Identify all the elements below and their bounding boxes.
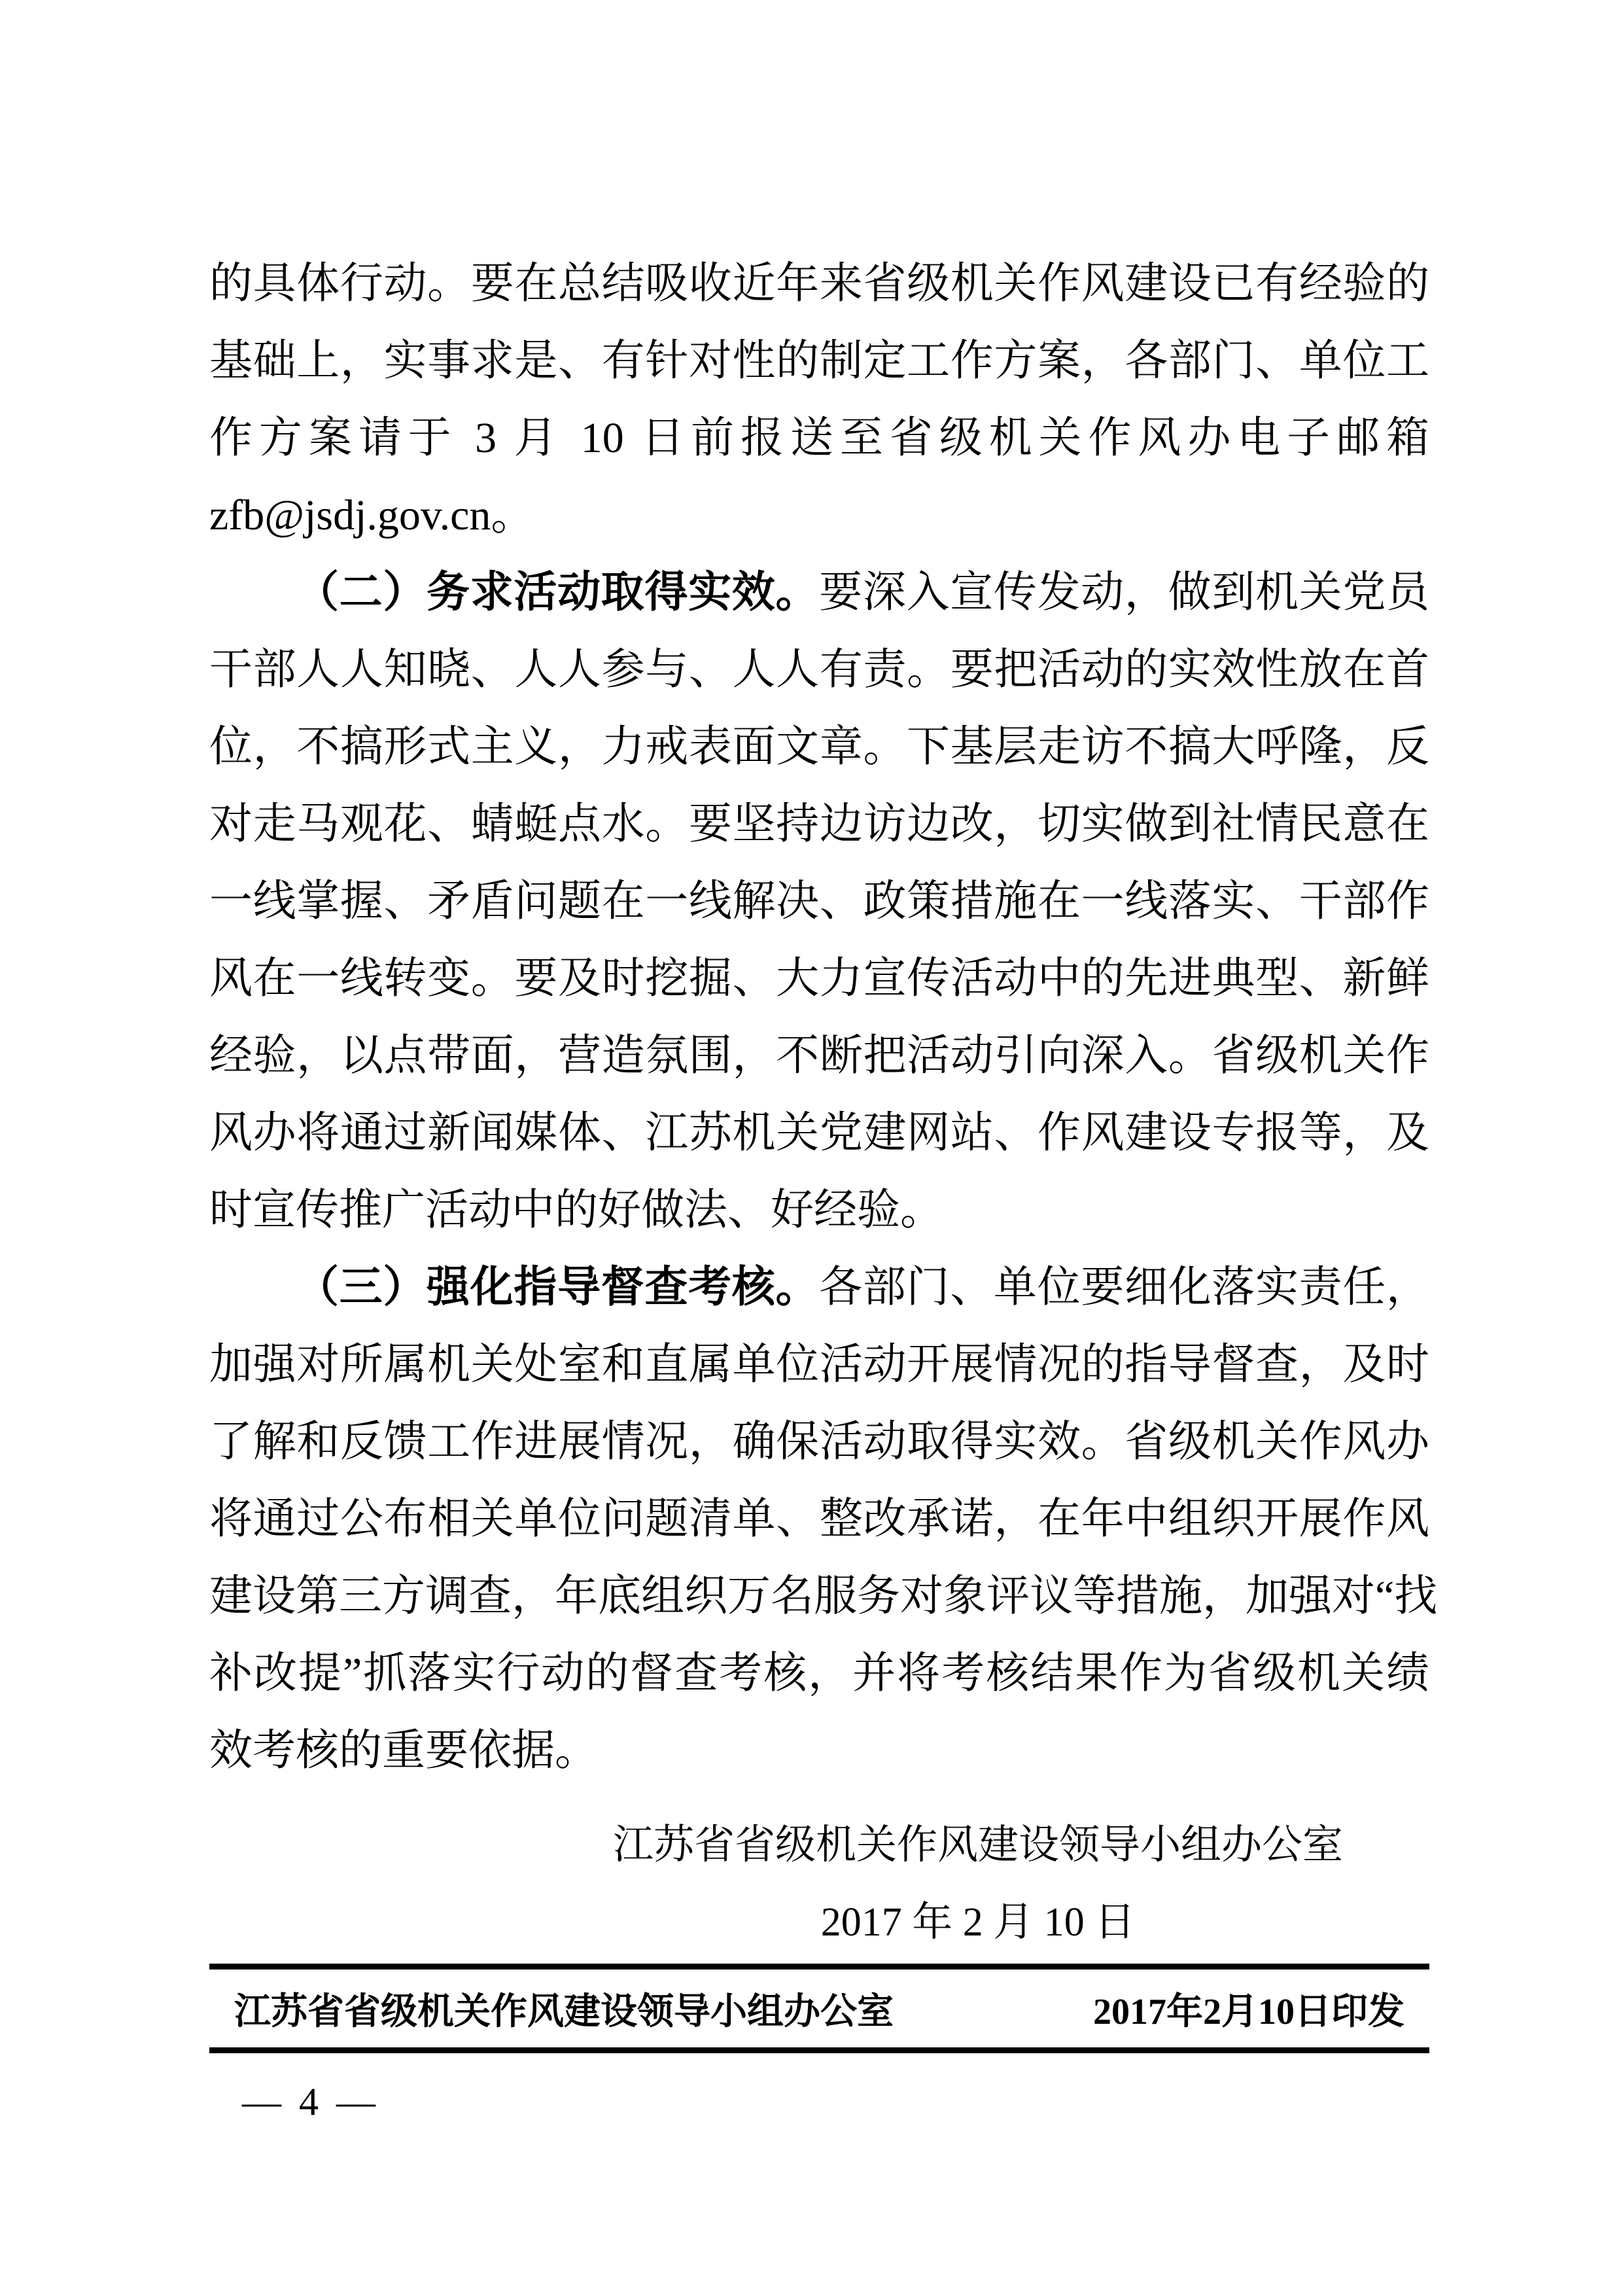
body-line-text: 各部门、单位要细化落实责任， [819,1263,1429,1311]
body-line: 了解和反馈工作进展情况，确保活动取得实效。省级机关作风办 [209,1404,1429,1481]
body-line: 基础上，实事求是、有针对性的制定工作方案，各部门、单位工 [209,323,1429,400]
body-line: （三）强化指导督查考核。各部门、单位要细化落实责任， [209,1249,1429,1326]
body-line: 对走马观花、蜻蜓点水。要坚持边访边改，切实做到社情民意在 [209,786,1429,863]
section-heading-3: （三）强化指导督查考核。 [296,1263,819,1311]
body-line: 经验，以点带面，营造氛围，不断把活动引向深入。省级机关作 [209,1017,1429,1095]
footer-issuer-bar: 江苏省省级机关作风建设领导小组办公室 2017年2月10日印发 [209,1964,1429,2053]
body-line: 作方案请于 3 月 10 日前报送至省级机关作风办电子邮箱 [209,400,1429,477]
body-line: 风办将通过新闻媒体、江苏机关党建网站、作风建设专报等，及 [209,1095,1429,1172]
page-number: — 4 — [242,2079,379,2125]
body-line: 风在一线转变。要及时挖掘、大力宣传活动中的先进典型、新鲜 [209,940,1429,1017]
body-line: 补改提”抓落实行动的督查考核，并将考核结果作为省级机关绩 [209,1635,1429,1712]
signature-org: 江苏省省级机关作风建设领导小组办公室 [613,1807,1343,1884]
section-heading-2: （二）务求活动取得实效。 [296,569,819,616]
body-line-text: 要深入宣传发动，做到机关党员 [819,569,1429,616]
footer-print-date: 2017年2月10日印发 [1093,1983,1405,2035]
signature-date: 2017 年 2 月 10 日 [613,1884,1343,1961]
body-line: 将通过公布相关单位问题清单、整改承诺，在年中组织开展作风 [209,1481,1429,1558]
document-page: 的具体行动。要在总结吸收近年来省级机关作风建设已有经验的 基础上，实事求是、有针… [0,0,1623,2296]
body-line: 的具体行动。要在总结吸收近年来省级机关作风建设已有经验的 [209,245,1429,323]
body-text: 的具体行动。要在总结吸收近年来省级机关作风建设已有经验的 基础上，实事求是、有针… [0,0,1623,1961]
footer-issuer-org: 江苏省省级机关作风建设领导小组办公室 [234,1983,894,2035]
body-line: （二）务求活动取得实效。要深入宣传发动，做到机关党员 [209,554,1429,631]
body-line: 位，不搞形式主义，力戒表面文章。下基层走访不搞大呼隆，反 [209,709,1429,786]
body-line: 一线掌握、矛盾问题在一线解决、政策措施在一线落实、干部作 [209,863,1429,940]
signature-block: 江苏省省级机关作风建设领导小组办公室 2017 年 2 月 10 日 [613,1807,1343,1961]
body-line-email: zfb@jsdj.gov.cn。 [209,477,1429,554]
body-line: 效考核的重要依据。 [209,1712,1429,1790]
body-line: 加强对所属机关处室和直属单位活动开展情况的指导督查，及时 [209,1326,1429,1404]
body-line: 干部人人知晓、人人参与、人人有责。要把活动的实效性放在首 [209,631,1429,709]
body-line: 时宣传推广活动中的好做法、好经验。 [209,1172,1429,1249]
body-line: 建设第三方调查，年底组织万名服务对象评议等措施，加强对“找 [209,1558,1429,1635]
